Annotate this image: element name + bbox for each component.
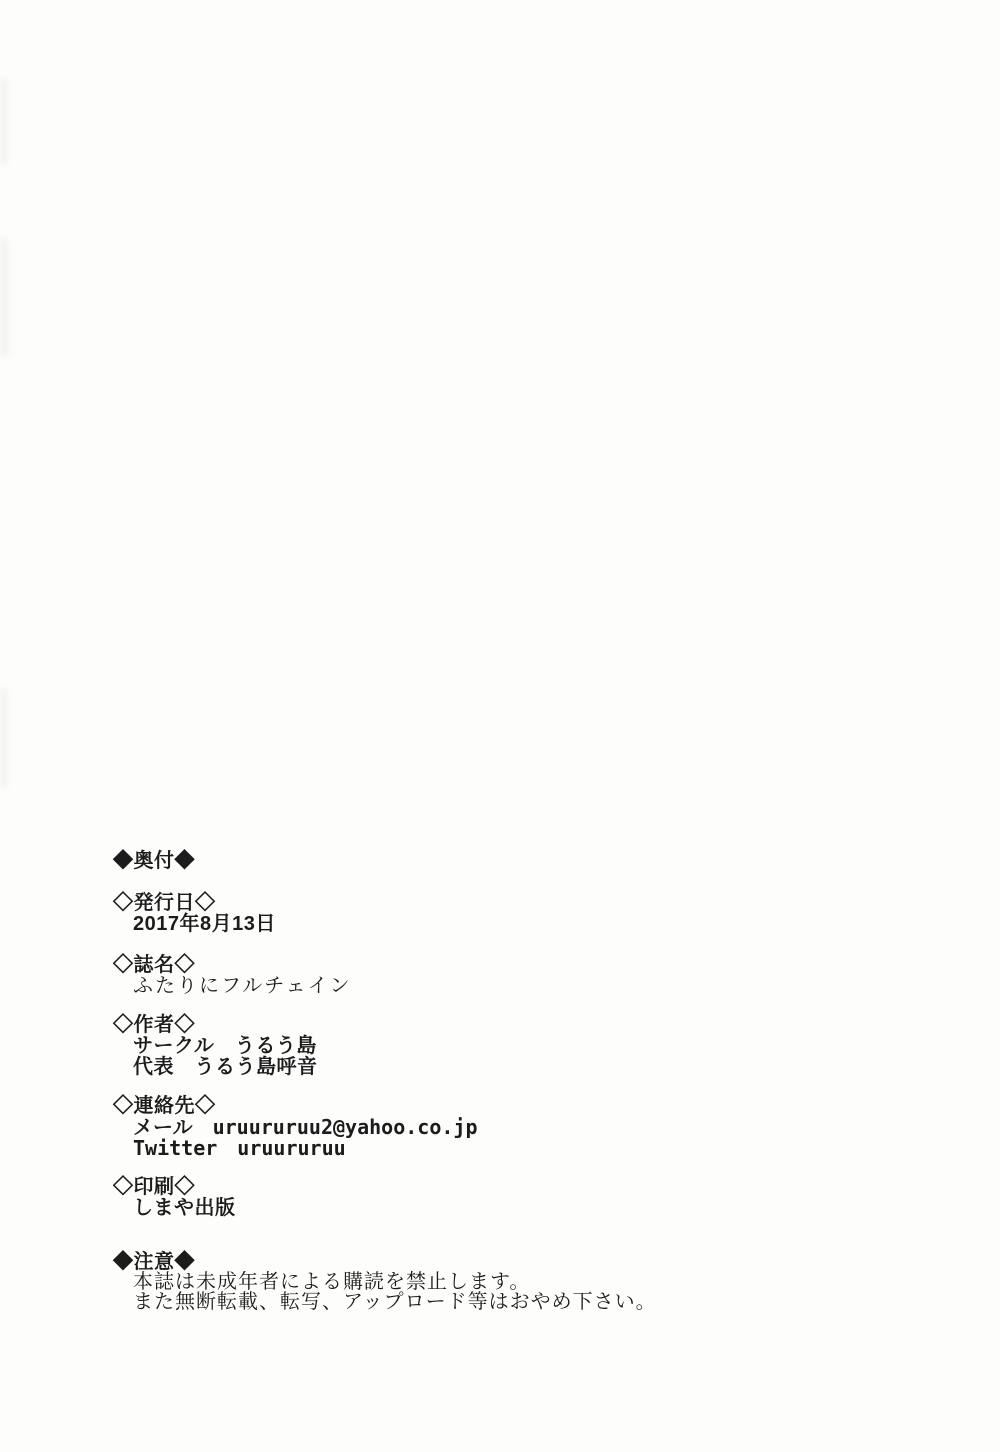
scan-artifact: [0, 688, 8, 788]
colophon-title: ◆奥付◆: [113, 851, 813, 872]
section-book-title: ◇誌名◇ ふたりにフルチェイン: [113, 955, 813, 997]
author-heading: ◇作者◇: [113, 1015, 813, 1036]
notice-line-1: 本誌は未成年者による購読を禁止します。: [113, 1272, 813, 1292]
section-notice: ◆注意◆ 本誌は未成年者による購読を禁止します。 また無断転載、転写、アップロー…: [113, 1252, 813, 1312]
section-printing: ◇印刷◇ しまや出版: [113, 1177, 813, 1219]
issue-date-heading: ◇発行日◇: [113, 893, 813, 914]
notice-line-2: また無断転載、転写、アップロード等はおやめ下さい。: [113, 1292, 813, 1312]
author-circle: サークル うるう島: [113, 1036, 813, 1057]
notice-heading: ◆注意◆: [113, 1252, 813, 1272]
section-author: ◇作者◇ サークル うるう島 代表 うるう島呼音: [113, 1015, 813, 1078]
contact-email: メール uruururuu2@yahoo.co.jp: [113, 1117, 813, 1138]
contact-heading: ◇連絡先◇: [113, 1096, 813, 1117]
issue-date-value: 2017年8月13日: [113, 914, 813, 935]
printing-heading: ◇印刷◇: [113, 1177, 813, 1198]
scan-artifact: [0, 238, 9, 358]
colophon-block: ◆奥付◆ ◇発行日◇ 2017年8月13日 ◇誌名◇ ふたりにフルチェイン ◇作…: [113, 851, 813, 1312]
book-title-heading: ◇誌名◇: [113, 955, 813, 976]
printing-company: しまや出版: [113, 1198, 813, 1219]
contact-twitter: Twitter uruururuu: [113, 1138, 813, 1159]
section-contact: ◇連絡先◇ メール uruururuu2@yahoo.co.jp Twitter…: [113, 1096, 813, 1159]
book-title-value: ふたりにフルチェイン: [113, 976, 813, 997]
scan-artifact: [0, 78, 8, 166]
author-representative: 代表 うるう島呼音: [113, 1057, 813, 1078]
section-issue-date: ◇発行日◇ 2017年8月13日: [113, 893, 813, 935]
